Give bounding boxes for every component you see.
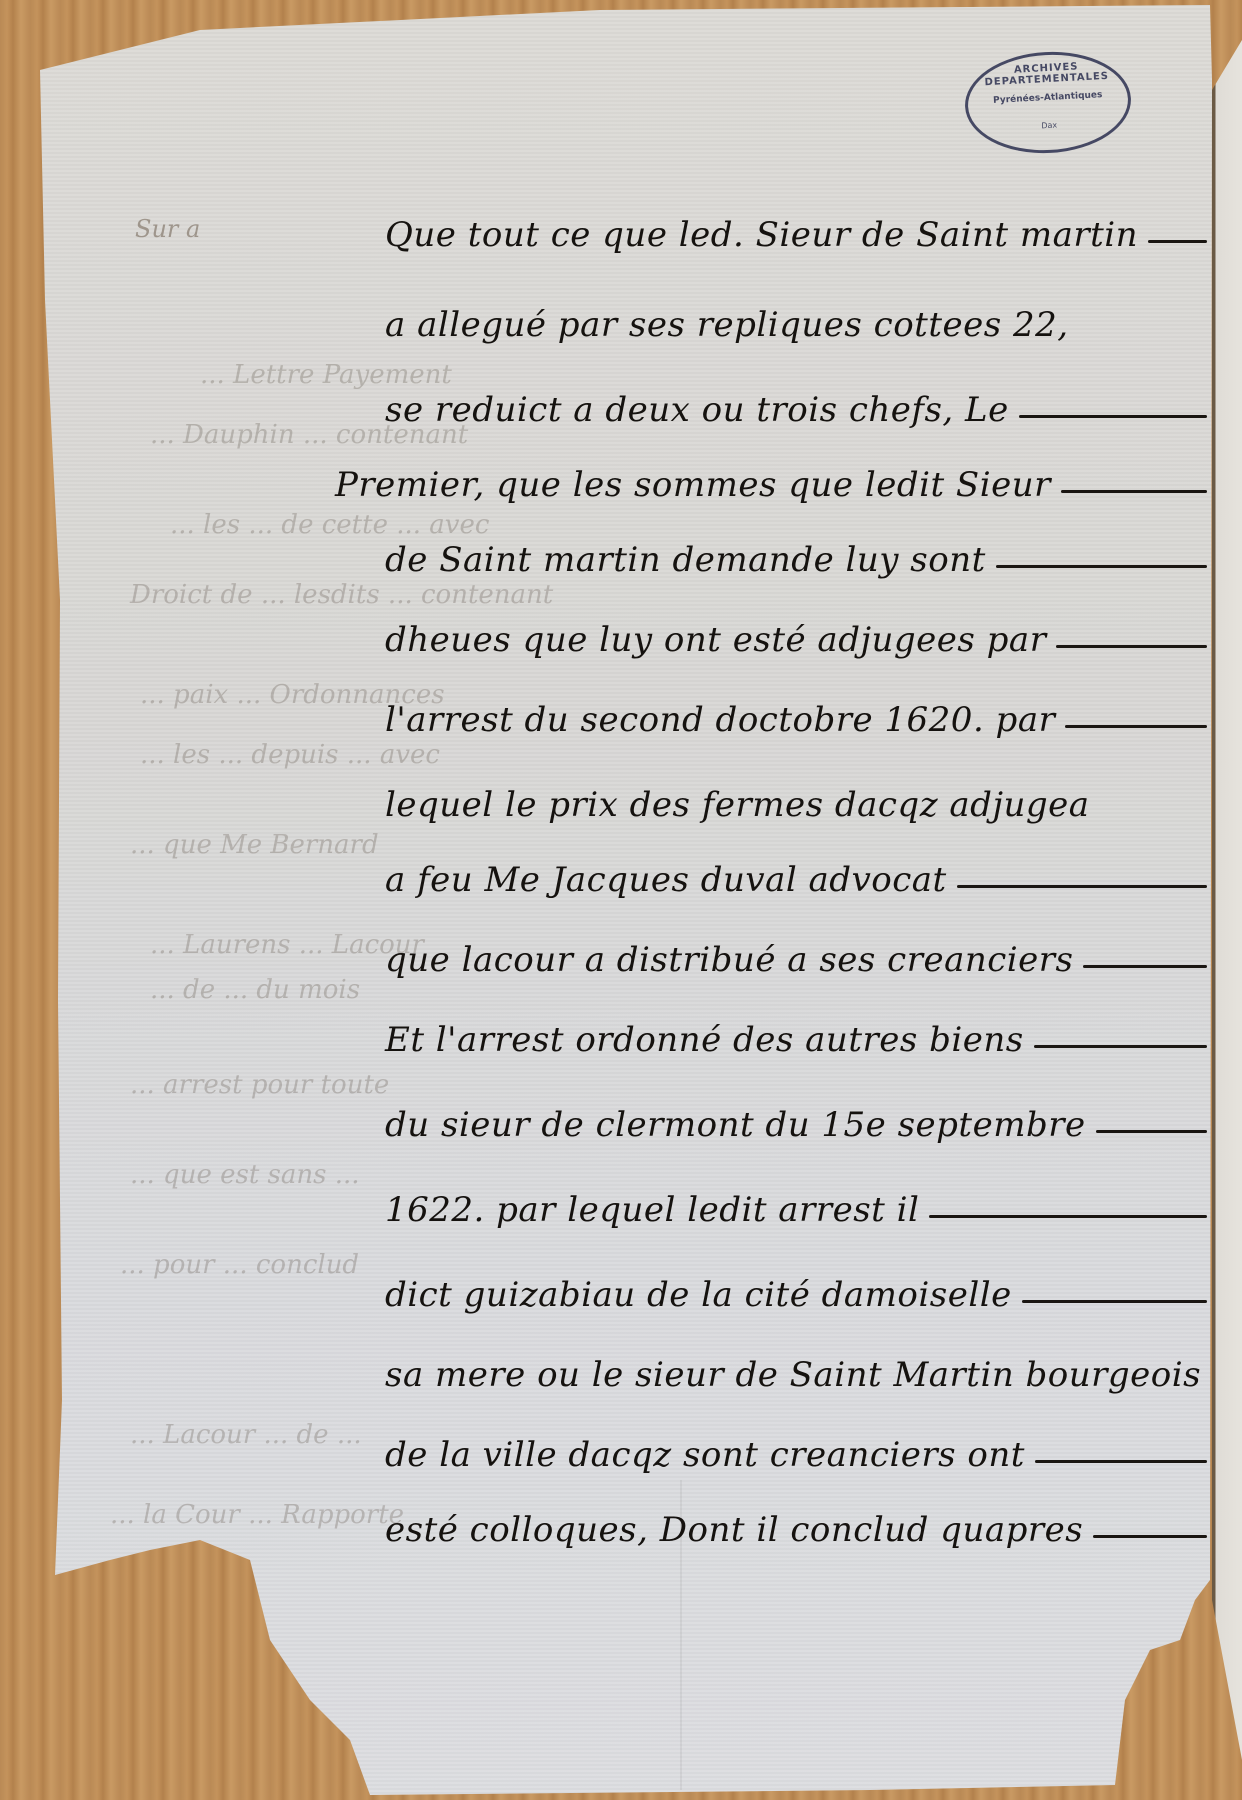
line-filler <box>1035 1460 1207 1463</box>
bleed-through-text: ... la Cour ... Rapporte <box>110 1500 404 1530</box>
manuscript-line: se reduict a deux ou trois chefs, Le <box>385 370 1207 430</box>
line-filler <box>1034 1045 1207 1048</box>
line-text: dict guizabiau de la cité damoiselle <box>385 1275 1012 1315</box>
line-text: lequel le prix des fermes dacqz adjugea <box>385 785 1090 825</box>
line-text: Que tout ce que led. Sieur de Saint mart… <box>385 215 1138 255</box>
manuscript-line: de Saint martin demande luy sont <box>385 520 1207 580</box>
manuscript-line: que lacour a distribué a ses creanciers <box>385 920 1207 980</box>
manuscript-line: a allegué par ses repliques cottees 22, <box>385 285 1207 345</box>
line-text: Premier, que les sommes que ledit Sieur <box>335 465 1051 505</box>
manuscript-line: Que tout ce que led. Sieur de Saint mart… <box>385 195 1207 255</box>
adjacent-page-edge <box>1212 0 1242 1790</box>
line-text: Et l'arrest ordonné des autres biens <box>385 1020 1024 1060</box>
line-filler <box>1056 645 1207 648</box>
line-filler <box>929 1215 1207 1218</box>
document-photo: ARCHIVES DEPARTEMENTALES Pyrénées-Atlant… <box>0 0 1242 1800</box>
line-filler <box>1022 1300 1207 1303</box>
line-filler <box>957 885 1207 888</box>
manuscript-line: esté colloques, Dont il conclud quapres <box>385 1490 1207 1550</box>
line-text: l'arrest du second doctobre 1620. par <box>385 700 1055 740</box>
stamp-center-text: Pyrénées-Atlantiques <box>968 89 1128 107</box>
line-filler <box>1061 490 1207 493</box>
manuscript-line: Premier, que les sommes que ledit Sieur <box>335 445 1207 505</box>
line-text: a feu Me Jacques duval advocat <box>385 860 947 900</box>
bleed-through-text: ... arrest pour toute <box>130 1070 389 1100</box>
line-filler <box>996 565 1207 568</box>
line-text: du sieur de clermont du 15e septembre <box>385 1105 1086 1145</box>
bleed-through-text: ... pour ... conclud <box>120 1250 359 1280</box>
line-filler <box>1096 1130 1207 1133</box>
bleed-through-text: ... Laurens ... Lacour <box>150 930 424 960</box>
manuscript-line: l'arrest du second doctobre 1620. par <box>385 680 1207 740</box>
line-text: de la ville dacqz sont creanciers ont <box>385 1435 1025 1475</box>
line-text: se reduict a deux ou trois chefs, Le <box>385 390 1009 430</box>
line-text: esté colloques, Dont il conclud quapres <box>385 1510 1083 1550</box>
line-text: que lacour a distribué a ses creanciers <box>385 940 1073 980</box>
manuscript-line: dict guizabiau de la cité damoiselle <box>385 1255 1207 1315</box>
line-filler <box>1019 415 1207 418</box>
manuscript-line: 1622. par lequel ledit arrest il <box>385 1170 1207 1230</box>
stamp-bottom-text: Dax <box>969 117 1129 134</box>
bleed-through-text: ... de ... du mois <box>150 975 360 1005</box>
line-text: sa mere ou le sieur de Saint Martin bour… <box>385 1355 1201 1395</box>
bleed-through-text: ... Lacour ... de ... <box>130 1420 362 1450</box>
line-text: dheues que luy ont esté adjugees par <box>385 620 1046 660</box>
line-filler <box>1148 240 1207 243</box>
line-filler <box>1065 725 1207 728</box>
manuscript-line: a feu Me Jacques duval advocat <box>385 840 1207 900</box>
line-filler <box>1083 965 1207 968</box>
bleed-through-text: ... que est sans ... <box>130 1160 360 1190</box>
manuscript-line: lequel le prix des fermes dacqz adjugea <box>385 765 1207 825</box>
line-text: 1622. par lequel ledit arrest il <box>385 1190 919 1230</box>
manuscript-line: du sieur de clermont du 15e septembre <box>385 1085 1207 1145</box>
line-filler <box>1093 1535 1207 1538</box>
line-text: de Saint martin demande luy sont <box>385 540 986 580</box>
manuscript-line: sa mere ou le sieur de Saint Martin bour… <box>385 1335 1207 1395</box>
margin-note: Sur a <box>135 215 200 243</box>
manuscript-line: de la ville dacqz sont creanciers ont <box>385 1415 1207 1475</box>
bleed-through-text: ... que Me Bernard <box>130 830 379 860</box>
line-text: a allegué par ses repliques cottees 22, <box>385 305 1069 345</box>
manuscript-line: Et l'arrest ordonné des autres biens <box>385 1000 1207 1060</box>
manuscript-line: dheues que luy ont esté adjugees par <box>385 600 1207 660</box>
